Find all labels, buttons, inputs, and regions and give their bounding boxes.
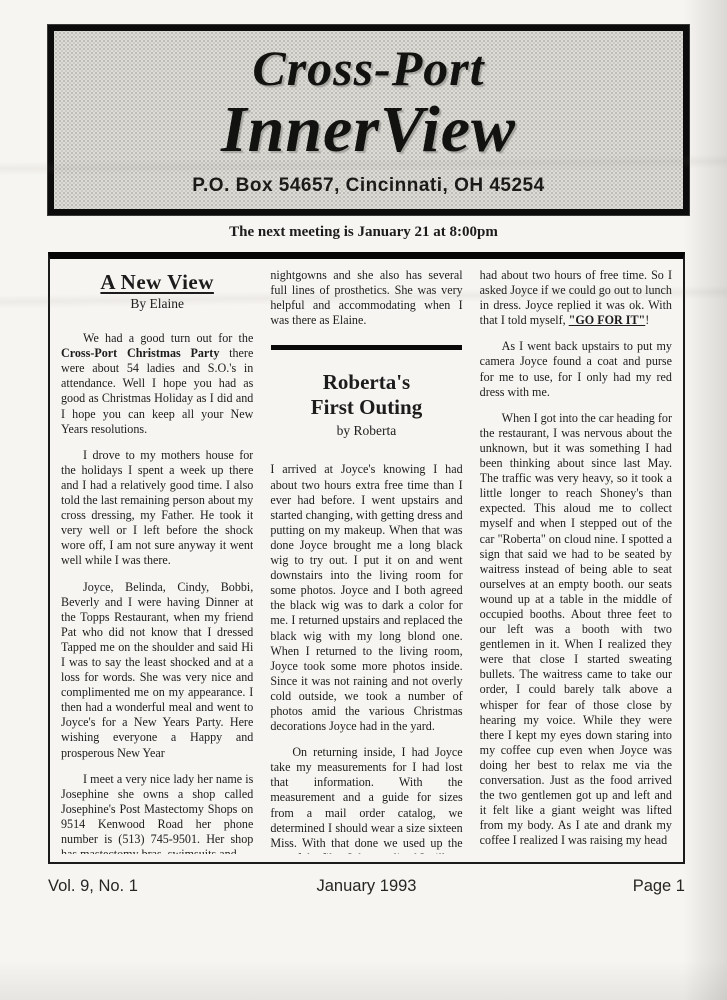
article2-paragraph-3: As I went back upstairs to put my camera… [480, 339, 672, 399]
article2-title-line1: Roberta's [270, 370, 462, 395]
article1-title: A New View [61, 270, 253, 294]
paragraph-text: ! [645, 313, 649, 327]
article1-paragraph-4-continued: nightgowns and she also has several full… [270, 268, 462, 328]
article2-paragraph-4: When I got into the car heading for the … [480, 411, 672, 849]
content-box: A New View By Elaine We had a good turn … [48, 252, 685, 864]
newsletter-page: Cross-Port InnerView P.O. Box 54657, Cin… [0, 0, 727, 1000]
article1-paragraph-3: Joyce, Belinda, Cindy, Bobbi, Beverly an… [61, 580, 253, 761]
masthead-box: Cross-Port InnerView P.O. Box 54657, Cin… [48, 25, 689, 215]
column-layout: A New View By Elaine We had a good turn … [61, 268, 672, 854]
column-1: A New View By Elaine We had a good turn … [61, 268, 253, 854]
article2-byline: by Roberta [270, 423, 462, 438]
emphasized-phrase: "GO FOR IT" [569, 313, 646, 327]
newsletter-title-line1: Cross-Port [60, 41, 677, 95]
column-3: had about two hours of free time. So I a… [480, 268, 672, 854]
footer-date: January 1993 [260, 877, 472, 896]
section-divider-rule [271, 345, 461, 350]
article1-byline: By Elaine [61, 296, 253, 311]
article1-paragraph-4: I meet a very nice lady her name is Jose… [61, 772, 253, 854]
bold-phrase: Cross-Port Christmas Party [61, 346, 219, 360]
footer-volume: Vol. 9, No. 1 [48, 877, 260, 896]
article2-paragraph-1: I arrived at Joyce's knowing I had about… [270, 462, 462, 734]
footer-page-number: Page 1 [473, 877, 685, 896]
article1-paragraph-1: We had a good turn out for the Cross-Por… [61, 331, 253, 437]
article1-paragraph-2: I drove to my mothers house for the holi… [61, 448, 253, 569]
article2-title: Roberta'sFirst Outing [270, 370, 462, 420]
newsletter-title-line2: InnerView [60, 95, 677, 165]
article2-paragraph-2: On returning inside, I had Joyce take my… [270, 745, 462, 854]
paragraph-text: We had a good turn out for the [83, 331, 253, 345]
article2-paragraph-2-continued: had about two hours of free time. So I a… [480, 268, 672, 328]
meeting-notice: The next meeting is January 21 at 8:00pm [0, 224, 727, 241]
masthead-address: P.O. Box 54657, Cincinnati, OH 45254 [60, 175, 677, 197]
column-2: nightgowns and she also has several full… [270, 268, 462, 854]
page-footer: Vol. 9, No. 1 January 1993 Page 1 [48, 877, 685, 896]
article2-title-line2: First Outing [270, 395, 462, 420]
